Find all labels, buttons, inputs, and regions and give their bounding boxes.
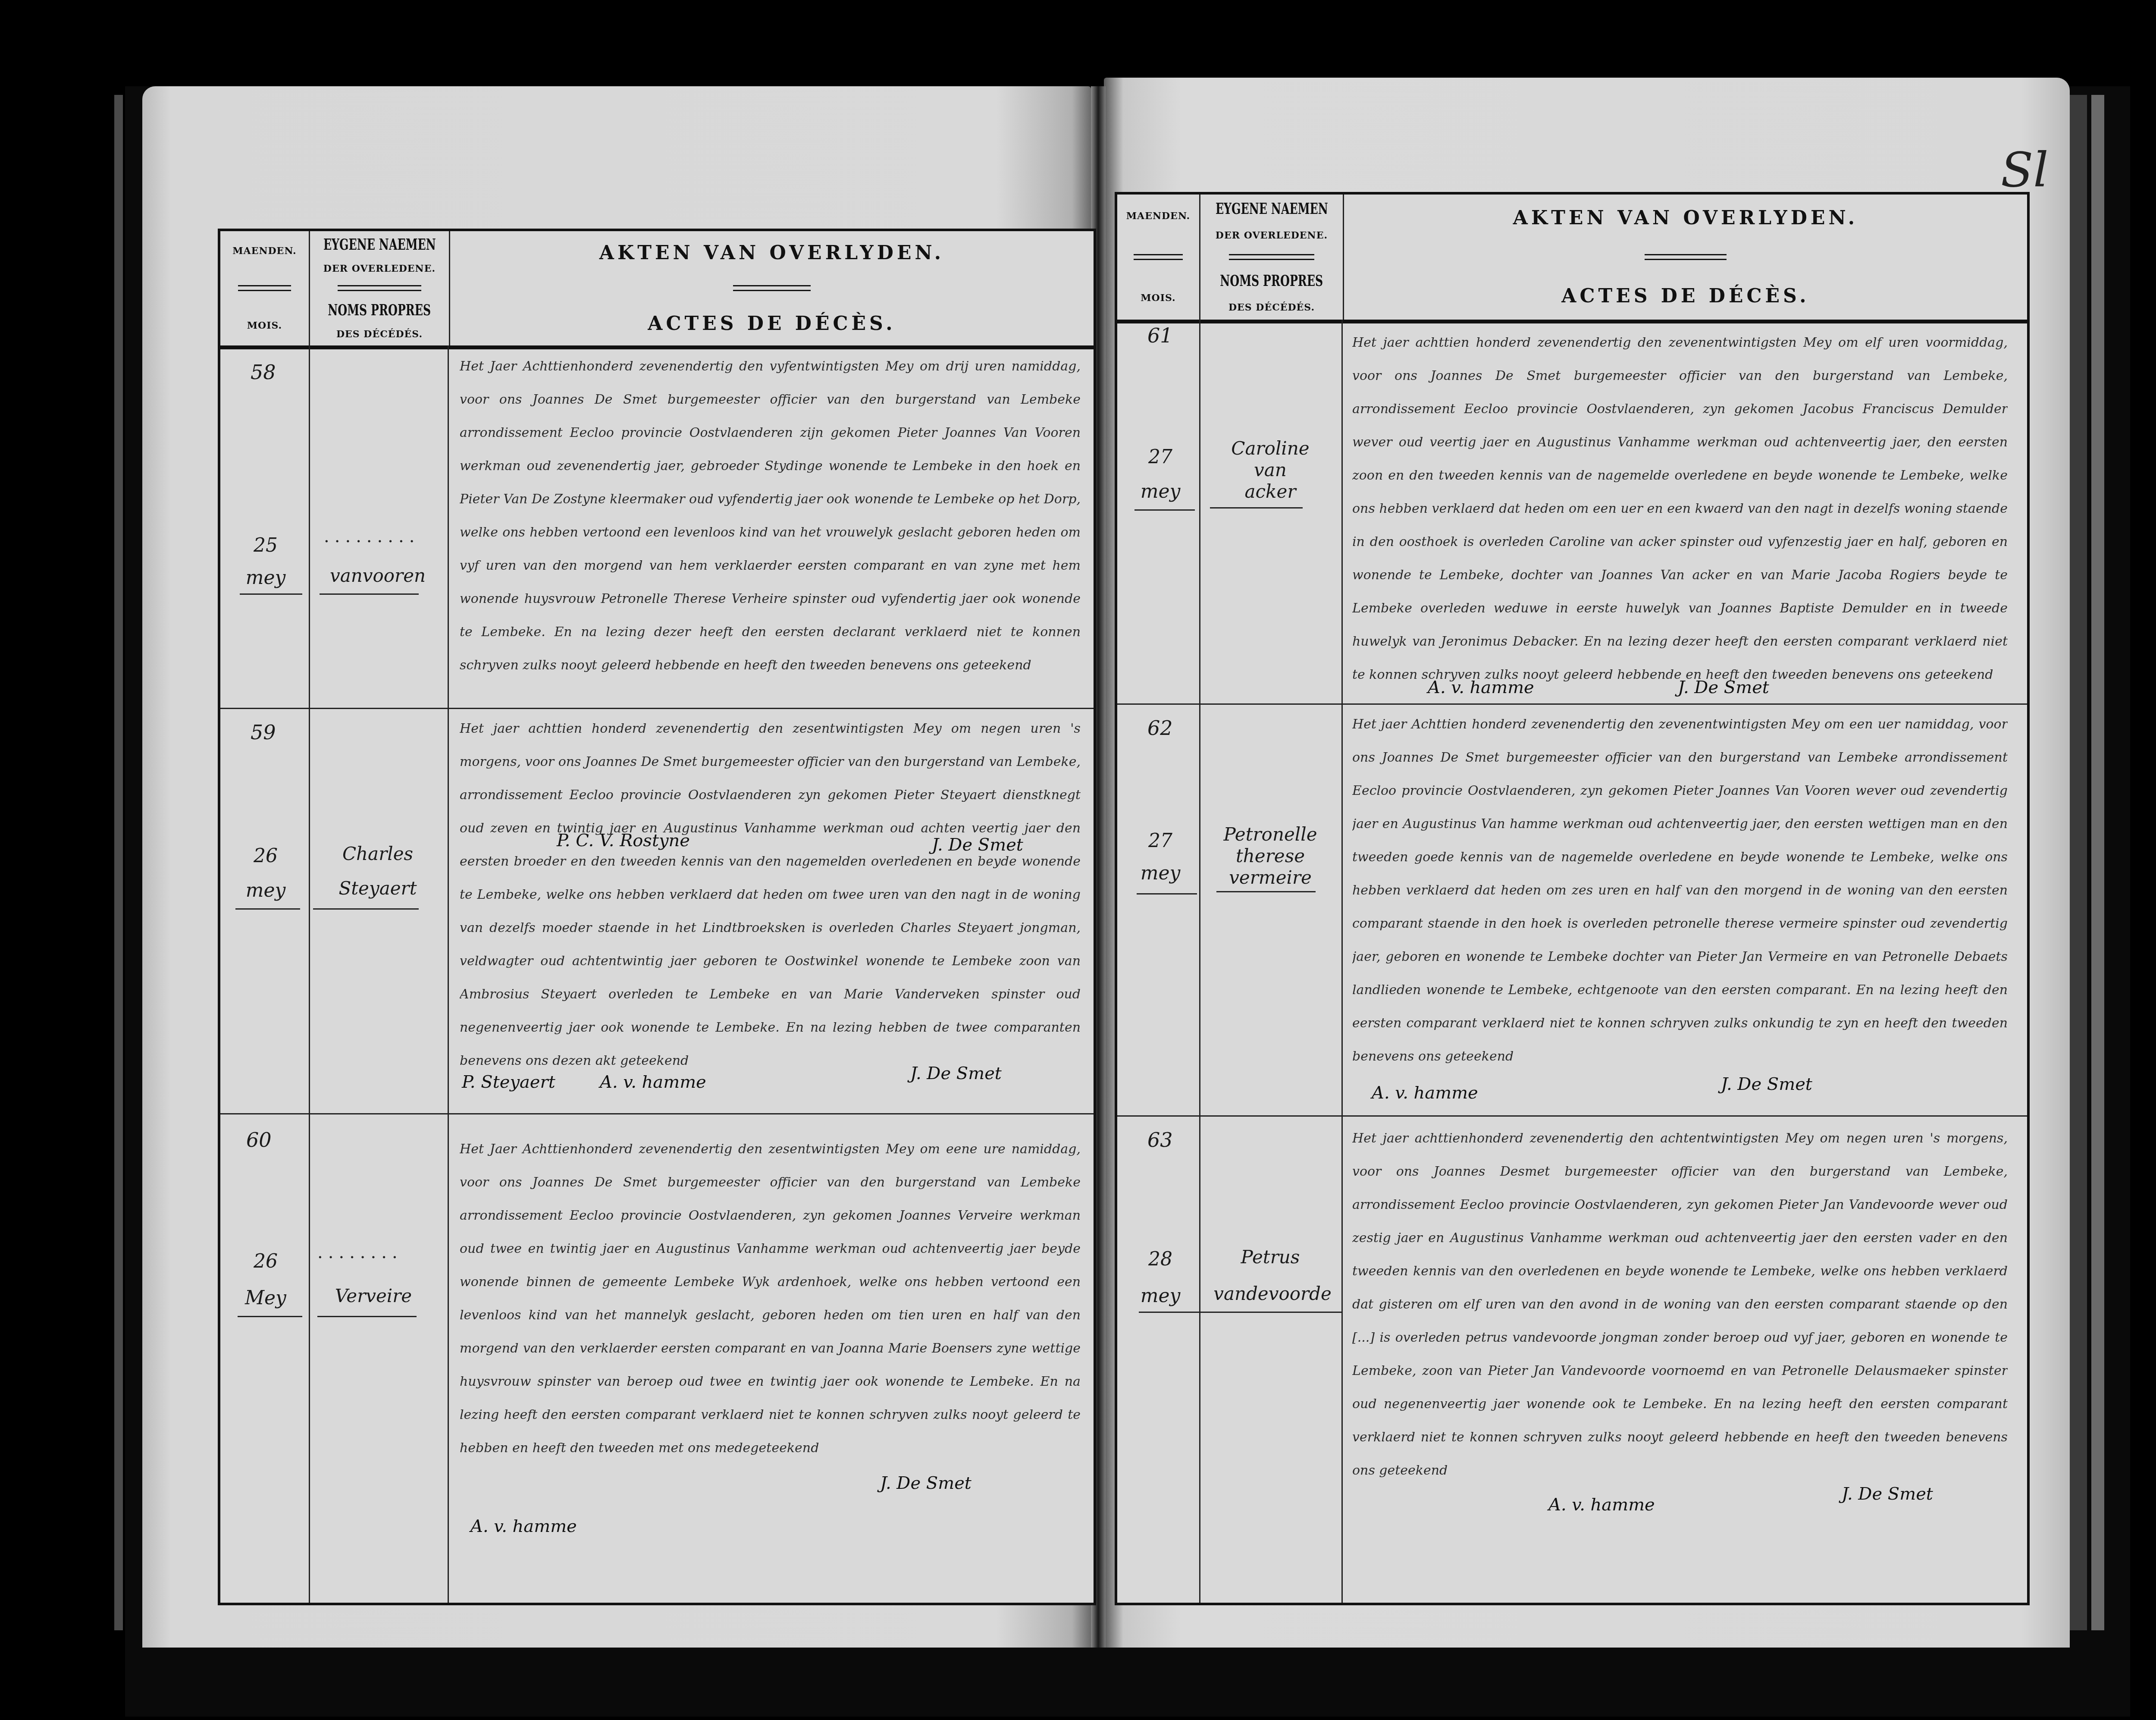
signature: J. De Smet xyxy=(910,1064,1002,1083)
entry-day: 28 xyxy=(1124,1247,1197,1271)
header-act-fr: ACTES DE DÉCÈS. xyxy=(1561,285,1809,307)
row-divider xyxy=(1117,703,2027,705)
signature: J. De Smet xyxy=(880,1473,971,1493)
deceased-name-last: vandevoorde xyxy=(1203,1284,1341,1304)
register-table-left: MAENDEN. MOIS. EYGENE NAEMEN DER OVERLED… xyxy=(218,229,1096,1605)
table-header: MAENDEN. MOIS. EYGENE NAEMEN DER OVERLED… xyxy=(220,231,1094,349)
act-text: Het Jaer Achttienhonderd zevenendertig d… xyxy=(460,1133,1081,1503)
deceased-name-middle: therese xyxy=(1203,846,1337,866)
act-text: Het jaer achttienhonderd zevenendertig d… xyxy=(1352,1122,2008,1497)
header-rule xyxy=(1134,254,1183,260)
header-act-fr: ACTES DE DÉCÈS. xyxy=(648,313,896,335)
entry-day: 26 xyxy=(229,1249,302,1274)
underline xyxy=(1210,507,1303,508)
signature: A. v. hamme xyxy=(600,1072,706,1092)
underline xyxy=(235,908,300,910)
header-name-nl: EYGENE NAEMEN xyxy=(1216,201,1328,217)
dotted-leader: ........ xyxy=(317,1243,403,1262)
signature: J. De Smet xyxy=(1721,1074,1812,1094)
deceased-name-last: acker xyxy=(1203,481,1337,502)
column-divider xyxy=(1199,320,1200,1603)
entry-day: 26 xyxy=(229,844,302,868)
entry-month: mey xyxy=(229,878,302,903)
underline xyxy=(320,593,419,595)
header-rule xyxy=(238,285,291,291)
book-edge-right-outer xyxy=(2091,95,2104,1630)
deceased-name-last: Steyaert xyxy=(313,878,442,899)
entry-number: 60 xyxy=(246,1128,272,1152)
deceased-name: vanvooren xyxy=(313,565,442,586)
header-rule xyxy=(338,285,421,291)
header-act: AKTEN VAN OVERLYDEN. ACTES DE DÉCÈS. xyxy=(1344,195,2027,320)
underline xyxy=(1139,1312,1341,1313)
header-name: EYGENE NAEMEN DER OVERLEDENE. NOMS PROPR… xyxy=(310,231,450,345)
signature: J. De Smet xyxy=(1842,1484,1933,1504)
signature: A. v. hamme xyxy=(470,1516,577,1536)
dotted-leader: ......... xyxy=(324,527,420,546)
entry-month: mey xyxy=(1124,1284,1197,1308)
entry-number: 59 xyxy=(251,721,276,744)
header-month: MAENDEN. MOIS. xyxy=(220,231,310,345)
header-name-fr-sub: DES DÉCÉDÉS. xyxy=(1228,302,1315,313)
book-edge-left xyxy=(114,95,123,1630)
underline xyxy=(1137,893,1197,895)
entry-month: Mey xyxy=(229,1286,302,1310)
header-month-nl: MAENDEN. xyxy=(1126,210,1191,222)
deceased-name-first: Petrus xyxy=(1203,1247,1337,1268)
header-rule xyxy=(1229,254,1314,260)
header-rule xyxy=(1645,254,1727,260)
signature: P. Steyaert xyxy=(462,1072,555,1092)
entry-number: 63 xyxy=(1147,1128,1173,1152)
deceased-name-first: Petronelle xyxy=(1203,824,1337,845)
column-divider xyxy=(448,345,449,1603)
underline xyxy=(317,1316,417,1317)
entry-day: 27 xyxy=(1124,829,1197,853)
header-month-fr: MOIS. xyxy=(1141,292,1176,304)
signature: A. v. hamme xyxy=(1372,1083,1478,1103)
underline xyxy=(1216,891,1316,892)
underline xyxy=(313,908,419,910)
deceased-name-first: Charles xyxy=(313,844,442,864)
header-name-fr-sub: DES DÉCÉDÉS. xyxy=(336,329,423,340)
header-name-nl-sub: DER OVERLEDENE. xyxy=(323,263,436,274)
deceased-name-last: vermeire xyxy=(1203,867,1337,888)
entry-number: 58 xyxy=(251,361,276,384)
underline xyxy=(238,1316,302,1317)
book-edge-right xyxy=(2070,95,2087,1630)
row-divider xyxy=(220,708,1094,709)
row-divider xyxy=(1117,1115,2027,1117)
header-name-nl: EYGENE NAEMEN xyxy=(323,237,436,252)
entry-month: mey xyxy=(1124,861,1197,885)
register-table-right: MAENDEN. MOIS. EYGENE NAEMEN DER OVERLED… xyxy=(1115,192,2030,1605)
header-name-fr: NOMS PROPRES xyxy=(328,302,431,318)
header-act-nl: AKTEN VAN OVERLYDEN. xyxy=(599,242,944,264)
entry-number: 62 xyxy=(1147,716,1173,740)
act-text: Het jaer Achttien honderd zevenendertig … xyxy=(1352,708,2008,1105)
underline xyxy=(240,593,302,595)
deceased-name-particle: van xyxy=(1203,460,1337,480)
deceased-name-first: Caroline xyxy=(1203,438,1337,459)
entry-day: 25 xyxy=(229,533,302,558)
folio-number: Sl xyxy=(2001,142,2049,198)
row-divider xyxy=(220,1113,1094,1114)
entry-day: 27 xyxy=(1124,445,1197,469)
header-act-nl: AKTEN VAN OVERLYDEN. xyxy=(1513,207,1858,229)
table-header: MAENDEN. MOIS. EYGENE NAEMEN DER OVERLED… xyxy=(1117,195,2027,323)
column-divider xyxy=(309,345,310,1603)
signature: J. De Smet xyxy=(1678,678,1769,697)
underline xyxy=(1134,509,1195,511)
act-text: Het jaer achttien honderd zevenendertig … xyxy=(460,712,1081,1070)
header-month: MAENDEN. MOIS. xyxy=(1117,195,1200,320)
header-act: AKTEN VAN OVERLYDEN. ACTES DE DÉCÈS. xyxy=(450,231,1094,345)
column-divider xyxy=(1341,320,1343,1603)
signature: A. v. hamme xyxy=(1548,1495,1655,1515)
header-rule xyxy=(733,285,810,291)
header-name-nl-sub: DER OVERLEDENE. xyxy=(1216,230,1328,241)
header-name: EYGENE NAEMEN DER OVERLEDENE. NOMS PROPR… xyxy=(1200,195,1344,320)
header-month-nl: MAENDEN. xyxy=(232,245,297,257)
deceased-name: Verveire xyxy=(309,1286,438,1306)
signature: A. v. hamme xyxy=(1428,678,1534,697)
header-name-fr: NOMS PROPRES xyxy=(1220,273,1323,289)
entry-month: mey xyxy=(1124,479,1197,504)
header-month-fr: MOIS. xyxy=(247,320,282,331)
entry-month: mey xyxy=(229,565,302,590)
entry-number: 61 xyxy=(1147,324,1173,347)
